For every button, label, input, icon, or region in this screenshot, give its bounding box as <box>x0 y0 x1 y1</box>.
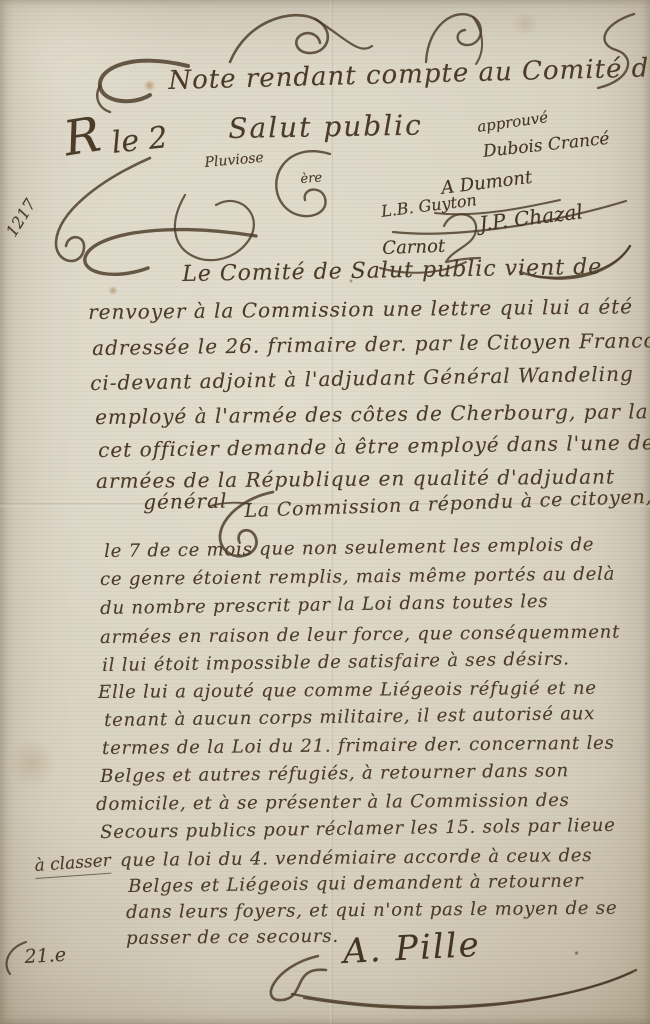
manuscript-line: renvoyer à la Commission une lettre qui … <box>88 294 633 324</box>
manuscript-page: Note rendant compte au Comité de Salut p… <box>0 0 650 1024</box>
manuscript-line: Belges et Liégeois qui demandent à retou… <box>128 870 584 897</box>
approval-word: approuvé <box>476 108 549 136</box>
manuscript-line: termes de la Loi du 21. frimaire der. co… <box>102 733 615 759</box>
manuscript-line: dans leurs foyers, et qui n'ont pas le m… <box>126 898 617 923</box>
manuscript-line: employé à l'armée des côtes de Cherbourg… <box>95 398 650 429</box>
paper-stain <box>6 740 58 786</box>
title-line-2: Salut public <box>228 109 423 145</box>
manuscript-line: ce genre étoient remplis, mais même port… <box>100 564 615 590</box>
manuscript-line: du nombre prescrit par la Loi dans toute… <box>100 591 549 619</box>
paraph-curl <box>262 142 340 226</box>
ink-stain <box>108 286 118 295</box>
manuscript-line: armées en raison de leur force, que cons… <box>100 622 620 648</box>
signature-dubois-crance: Dubois Crancé <box>482 129 610 162</box>
manuscript-line: Belges et autres réfugiés, à retourner d… <box>100 760 569 787</box>
margin-note-a-classer: à classer <box>34 851 112 879</box>
manuscript-line: cet officier demande à être employé dans… <box>98 430 650 462</box>
signature-flourish <box>240 942 650 1020</box>
manuscript-line: le 7 de ce mois que non seulement les em… <box>104 534 594 562</box>
manuscript-line: adressée le 26. frimaire der. par le Cit… <box>92 327 650 360</box>
manuscript-line: ci-devant adjoint à l'adjudant Général W… <box>90 362 634 395</box>
paper-stain <box>508 14 542 34</box>
manuscript-line: domicile, et à se présenter à la Commiss… <box>96 790 570 815</box>
manuscript-line: il lui étoit impossible de satisfaire à … <box>102 648 570 676</box>
folio-flourish <box>0 938 30 978</box>
folio-number: 21.e <box>24 944 67 968</box>
manuscript-line: tenant à aucun corps militaire, il est a… <box>104 703 595 731</box>
manuscript-line: Secours publics pour réclamer les 15. so… <box>100 815 616 843</box>
manuscript-line: que la loi du 4. vendémiaire accorde à c… <box>120 845 592 871</box>
manuscript-line: Elle lui a ajouté que comme Liégeois réf… <box>98 678 597 703</box>
